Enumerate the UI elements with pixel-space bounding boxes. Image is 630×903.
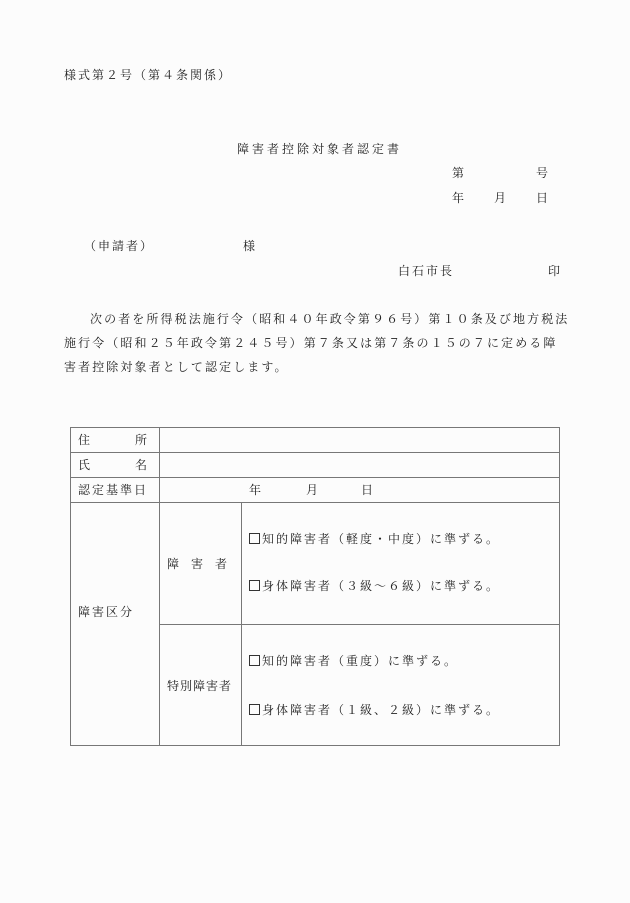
issuer-name: 白石市長 — [398, 264, 454, 278]
name-field[interactable] — [167, 458, 547, 474]
option-intellectual-severe[interactable]: 知的障害者（重度）に準ずる。 — [249, 654, 458, 668]
address-label-a: 住 — [78, 433, 93, 447]
issue-number-suffix: 号 — [536, 166, 548, 180]
checkbox-icon[interactable] — [249, 533, 260, 544]
body-line: 施行令（昭和２５年政令第２４５号）第７条又は第７条の１５の７に定める障 — [64, 331, 564, 355]
address-field[interactable] — [167, 433, 547, 449]
body-line: 次の者を所得税法施行令（昭和４０年政令第９６号）第１０条及び地方税法 — [64, 307, 564, 331]
disability-category-label: 障害区分 — [78, 605, 134, 619]
base-date-month: 月 — [306, 483, 321, 497]
base-date-label: 認定基準日 — [78, 483, 148, 497]
form-number: 様式第２号（第４条関係） — [64, 68, 232, 82]
seal-mark: 印 — [548, 264, 560, 278]
body-line: 害者控除対象者として認定します。 — [64, 355, 564, 379]
table-divider — [71, 477, 559, 478]
table-divider — [71, 452, 559, 453]
group-label-special: 特別障害者 — [167, 679, 232, 693]
checkbox-icon[interactable] — [249, 704, 260, 715]
issue-date-day: 日 — [536, 191, 548, 205]
option-physical-grade3-6[interactable]: 身体障害者（３級～６級）に準ずる。 — [249, 579, 500, 593]
option-intellectual-mild[interactable]: 知的障害者（軽度・中度）に準ずる。 — [249, 532, 500, 546]
document-title: 障害者控除対象者認定書 — [237, 142, 402, 156]
group-label-disabled: 障 害 者 — [167, 557, 227, 571]
table-divider — [160, 624, 559, 625]
checkbox-icon[interactable] — [249, 655, 260, 666]
applicant-label: （申請者） — [84, 239, 154, 253]
option-physical-grade1-2[interactable]: 身体障害者（１級、２級）に準ずる。 — [249, 703, 500, 717]
issue-date-month: 月 — [494, 191, 506, 205]
table-divider — [159, 428, 160, 745]
issue-date-year: 年 — [452, 191, 464, 205]
table-divider — [241, 502, 242, 745]
checkbox-icon[interactable] — [249, 580, 260, 591]
name-label-a: 氏 — [78, 458, 93, 472]
name-label-b: 名 — [135, 458, 150, 472]
honorific: 様 — [243, 239, 255, 253]
body-paragraph: 次の者を所得税法施行令（昭和４０年政令第９６号）第１０条及び地方税法 施行令（昭… — [64, 307, 564, 379]
base-date-day: 日 — [361, 483, 376, 497]
base-date-year: 年 — [249, 483, 264, 497]
issue-number-prefix: 第 — [452, 166, 464, 180]
certification-table: 住 所 氏 名 認定基準日 年 月 日 障害区分 障 害 者 知的障害者（軽度・… — [70, 427, 560, 746]
table-divider — [71, 502, 559, 503]
address-label-b: 所 — [135, 433, 150, 447]
